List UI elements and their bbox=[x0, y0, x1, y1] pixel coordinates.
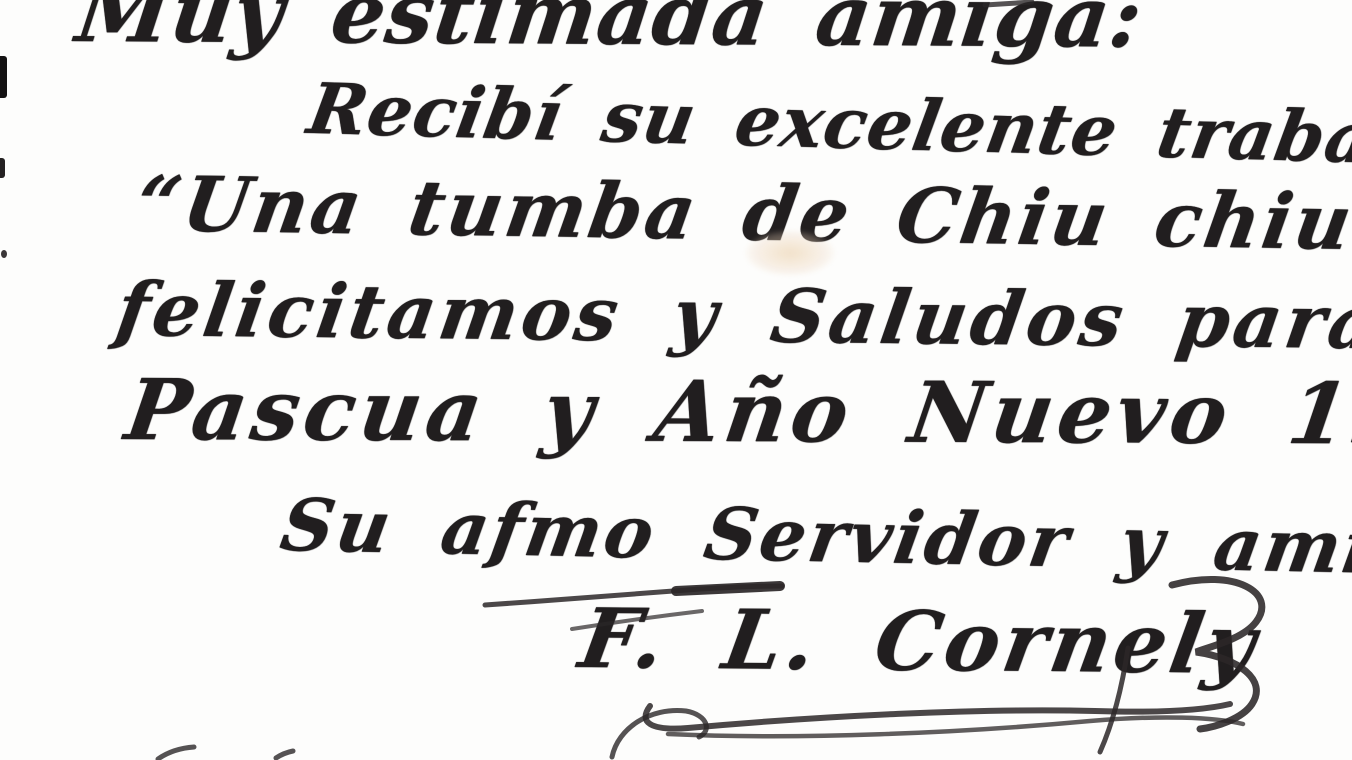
signature-crossbar-thick bbox=[676, 586, 780, 591]
body-line-1: Recibí su excelente trabajo bbox=[303, 74, 1352, 175]
body-line-2-title-quote: “Una tumba de Chiu chiu” nos bbox=[131, 166, 1352, 265]
signature-underline-1 bbox=[646, 704, 1230, 729]
signature-underline-2 bbox=[668, 717, 1243, 736]
cutoff-next-line-stroke-2 bbox=[276, 751, 293, 758]
cutoff-next-line-capital-curve bbox=[612, 711, 706, 757]
paper-smudge bbox=[745, 230, 835, 276]
salutation-line: Muy estimada amiga: bbox=[72, 0, 1147, 60]
body-line-3: felicitamos y Saludos para bbox=[112, 273, 1352, 360]
closing-line: Su afmo Servidor y amigo bbox=[276, 489, 1352, 586]
scan-edge-artifact-2 bbox=[0, 158, 5, 178]
scan-edge-artifact-3 bbox=[1, 250, 7, 258]
letter-page: Muy estimada amiga: Recibí su excelente … bbox=[0, 0, 1352, 760]
body-line-4-date: Pascua y Año Nuevo 1953 bbox=[121, 368, 1352, 457]
cutoff-next-line-stroke-1 bbox=[158, 747, 194, 759]
scan-edge-artifact-1 bbox=[0, 56, 7, 98]
signature-name: F. L. Cornely bbox=[574, 598, 1264, 686]
